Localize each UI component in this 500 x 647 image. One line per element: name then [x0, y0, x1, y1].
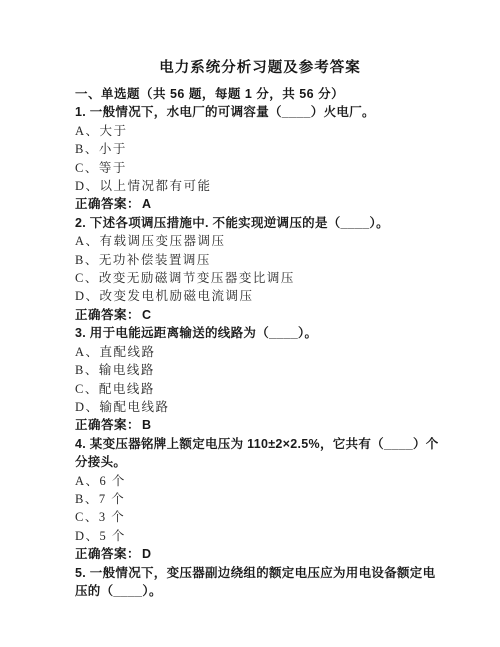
answer-label: 正确答案：: [75, 547, 140, 561]
answer-label: 正确答案：: [75, 308, 140, 322]
answer-value: B: [142, 418, 152, 432]
question-1-option-b: B、小于: [75, 140, 445, 158]
question-1-option-d: D、以上情况都有可能: [75, 177, 445, 195]
question-4-option-b: B、7 个: [75, 490, 445, 508]
question-2-option-a: A、有载调压变压器调压: [75, 232, 445, 250]
question-4-option-a: A、6 个: [75, 472, 445, 490]
answer-value: C: [142, 308, 152, 322]
question-1-option-a: A、大于: [75, 122, 445, 140]
document-content: 电力系统分析习题及参考答案 一、单选题（共 56 题，每题 1 分，共 56 分…: [75, 56, 445, 600]
answer-label: 正确答案：: [75, 418, 140, 432]
question-4-option-c: C、3 个: [75, 508, 445, 526]
question-2-option-c: C、改变无励磁调节变压器变比调压: [75, 269, 445, 287]
question-2-text: 2. 下述各项调压措施中. 不能实现逆调压的是（____）。: [75, 214, 445, 232]
answer-label: 正确答案：: [75, 197, 140, 211]
question-3-option-d: D、输配电线路: [75, 398, 445, 416]
question-2-answer: 正确答案：C: [75, 306, 445, 324]
document-page: 电力系统分析习题及参考答案 一、单选题（共 56 题，每题 1 分，共 56 分…: [0, 0, 500, 647]
question-3-option-b: B、输电线路: [75, 361, 445, 379]
question-3-option-a: A、直配线路: [75, 343, 445, 361]
question-2-option-b: B、无功补偿装置调压: [75, 251, 445, 269]
question-3-option-c: C、配电线路: [75, 380, 445, 398]
question-2-option-d: D、改变发电机励磁电流调压: [75, 287, 445, 305]
answer-value: A: [142, 197, 152, 211]
question-1-answer: 正确答案：A: [75, 195, 445, 213]
question-3-text: 3. 用于电能远距离输送的线路为（____）。: [75, 324, 445, 342]
question-1-option-c: C、等于: [75, 159, 445, 177]
question-3-answer: 正确答案：B: [75, 416, 445, 434]
question-5-text: 5. 一般情况下，变压器副边绕组的额定电压应为用电设备额定电压的（____）。: [75, 564, 445, 601]
answer-value: D: [142, 547, 152, 561]
document-title: 电力系统分析习题及参考答案: [75, 56, 445, 80]
question-1-text: 1. 一般情况下，水电厂的可调容量（____）火电厂。: [75, 103, 445, 121]
question-4-answer: 正确答案：D: [75, 545, 445, 563]
question-4-text: 4. 某变压器铭牌上额定电压为 110±2×2.5%，它共有（____）个分接头…: [75, 435, 445, 472]
section-heading: 一、单选题（共 56 题，每题 1 分，共 56 分）: [75, 85, 445, 103]
question-4-option-d: D、5 个: [75, 527, 445, 545]
